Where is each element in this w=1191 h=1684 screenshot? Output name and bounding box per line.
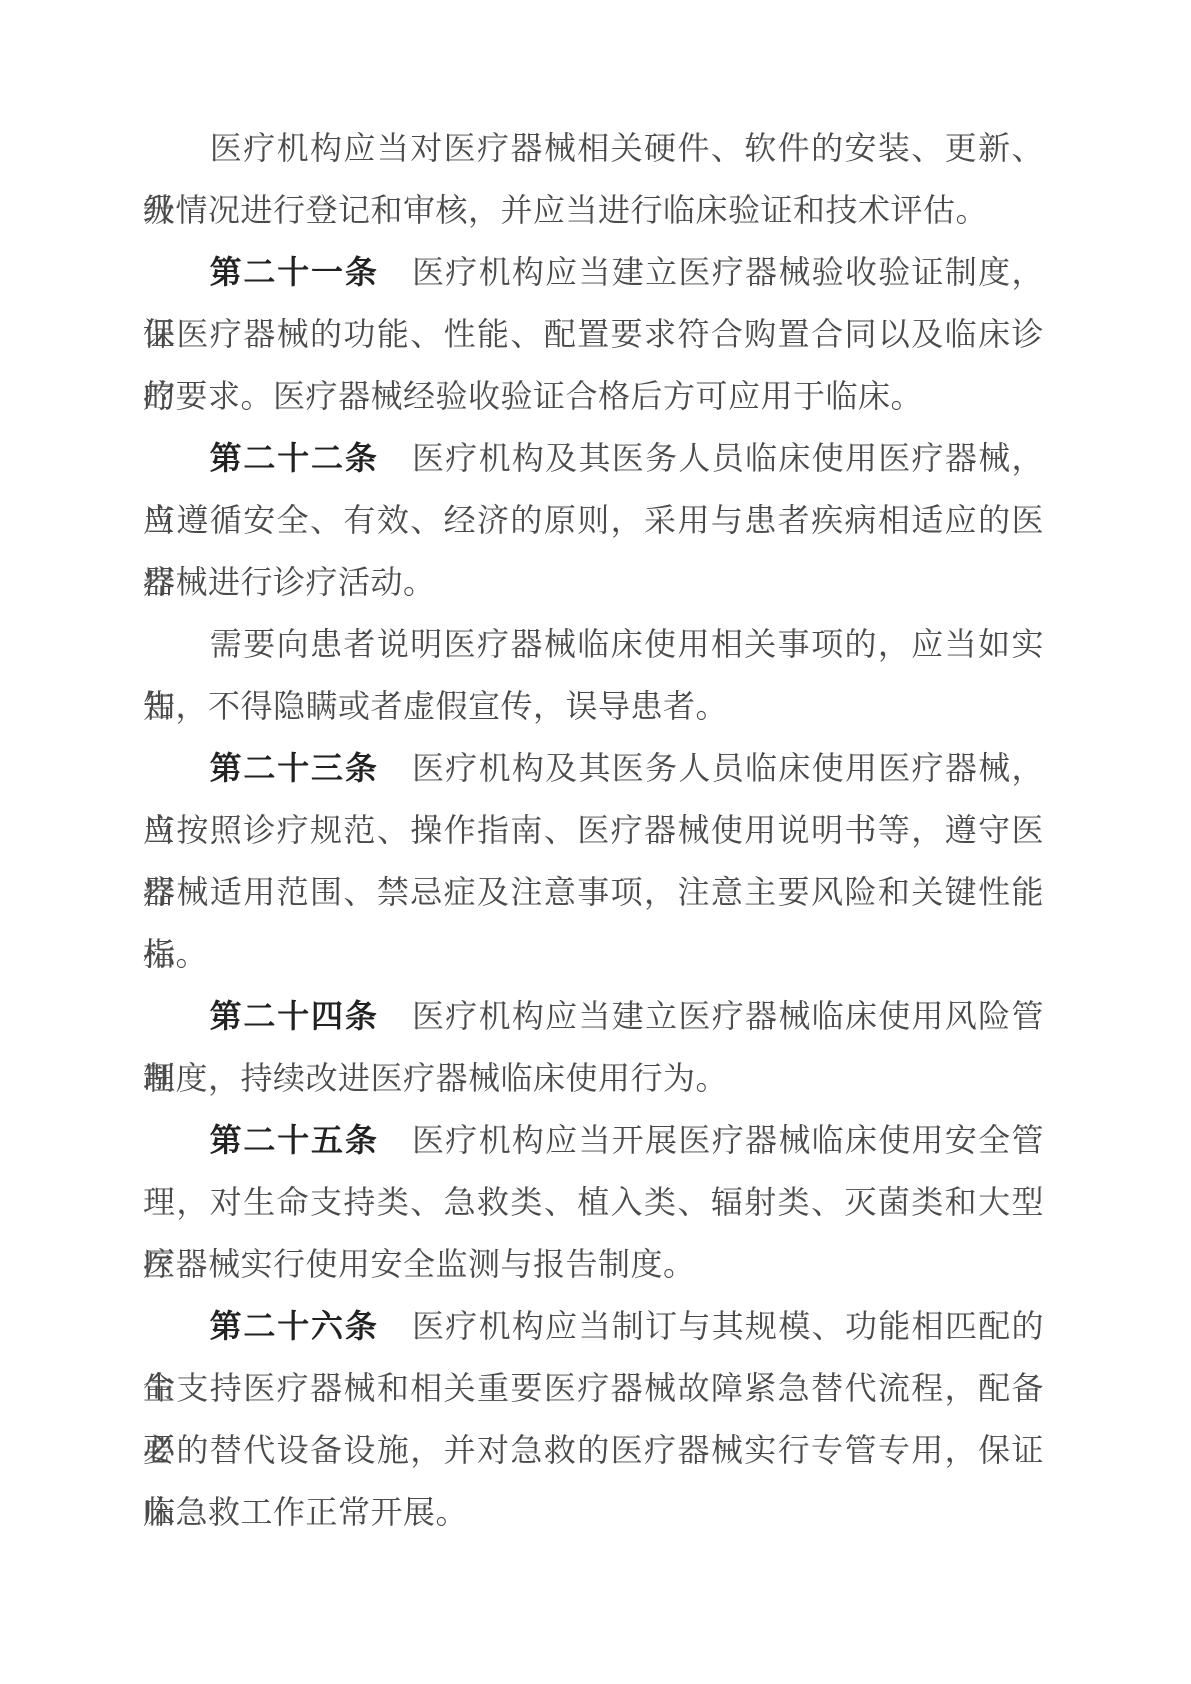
document-body: 医疗机构应当对医疗器械相关硬件、软件的安装、更新、升级情况进行登记和审核，并应当… (143, 117, 1044, 1543)
text-line: 证医疗器械的功能、性能、配置要求符合购置合同以及临床诊疗 (143, 303, 1044, 365)
text-segment: 疗器械实行使用安全监测与报告制度。 (143, 1246, 696, 1282)
text-segment (143, 1308, 210, 1344)
text-line: 第二十一条 医疗机构应当建立医疗器械验收验证制度，保 (143, 241, 1044, 303)
text-line: 需要向患者说明医疗器械临床使用相关事项的，应当如实告 (143, 613, 1044, 675)
article-number: 第二十四条 (210, 998, 379, 1034)
text-line: 制度，持续改进医疗器械临床使用行为。 (143, 1047, 1044, 1109)
paragraph: 医疗机构应当对医疗器械相关硬件、软件的安装、更新、升级情况进行登记和审核，并应当… (143, 117, 1044, 241)
text-segment (143, 254, 210, 290)
text-line: 第二十六条 医疗机构应当制订与其规模、功能相匹配的生 (143, 1295, 1044, 1357)
text-line: 器械适用范围、禁忌症及注意事项，注意主要风险和关键性能指 (143, 861, 1044, 923)
text-line: 第二十五条 医疗机构应当开展医疗器械临床使用安全管 (143, 1109, 1044, 1171)
text-segment (143, 750, 210, 786)
text-segment: 器械进行诊疗活动。 (143, 564, 436, 600)
text-line: 的要求。医疗器械经验收验证合格后方可应用于临床。 (143, 365, 1044, 427)
text-line: 第二十四条 医疗机构应当建立医疗器械临床使用风险管理 (143, 985, 1044, 1047)
paragraph: 第二十四条 医疗机构应当建立医疗器械临床使用风险管理制度，持续改进医疗器械临床使… (143, 985, 1044, 1109)
article-number: 第二十五条 (210, 1122, 379, 1158)
document-page: 医疗机构应当对医疗器械相关硬件、软件的安装、更新、升级情况进行登记和审核，并应当… (0, 0, 1191, 1684)
text-line: 床急救工作正常开展。 (143, 1481, 1044, 1543)
text-segment: 知，不得隐瞒或者虚假宣传，误导患者。 (143, 688, 728, 724)
article-number: 第二十三条 (210, 750, 379, 786)
text-line: 命支持医疗器械和相关重要医疗器械故障紧急替代流程，配备必 (143, 1357, 1044, 1419)
text-line: 疗器械实行使用安全监测与报告制度。 (143, 1233, 1044, 1295)
text-segment: 级情况进行登记和审核，并应当进行临床验证和技术评估。 (143, 192, 988, 228)
paragraph: 需要向患者说明医疗器械临床使用相关事项的，应当如实告知，不得隐瞒或者虚假宣传，误… (143, 613, 1044, 737)
text-segment: 医疗机构应当开展医疗器械临床使用安全管 (379, 1122, 1044, 1158)
text-segment: 床急救工作正常开展。 (143, 1494, 468, 1530)
text-segment (143, 440, 210, 476)
text-line: 当遵循安全、有效、经济的原则，采用与患者疾病相适应的医疗 (143, 489, 1044, 551)
text-line: 当按照诊疗规范、操作指南、医疗器械使用说明书等，遵守医疗 (143, 799, 1044, 861)
text-line: 要的替代设备设施，并对急救的医疗器械实行专管专用，保证临 (143, 1419, 1044, 1481)
paragraph: 第二十二条 医疗机构及其医务人员临床使用医疗器械，应当遵循安全、有效、经济的原则… (143, 427, 1044, 613)
text-segment (143, 1122, 210, 1158)
text-line: 理，对生命支持类、急救类、植入类、辐射类、灭菌类和大型医 (143, 1171, 1044, 1233)
paragraph: 第二十一条 医疗机构应当建立医疗器械验收验证制度，保证医疗器械的功能、性能、配置… (143, 241, 1044, 427)
text-line: 知，不得隐瞒或者虚假宣传，误导患者。 (143, 675, 1044, 737)
text-line: 级情况进行登记和审核，并应当进行临床验证和技术评估。 (143, 179, 1044, 241)
text-segment (143, 998, 210, 1034)
text-line: 第二十三条 医疗机构及其医务人员临床使用医疗器械，应 (143, 737, 1044, 799)
paragraph: 第二十三条 医疗机构及其医务人员临床使用医疗器械，应当按照诊疗规范、操作指南、医… (143, 737, 1044, 985)
text-segment: 标。 (143, 936, 208, 972)
article-number: 第二十六条 (210, 1308, 379, 1344)
article-number: 第二十一条 (210, 254, 379, 290)
text-line: 标。 (143, 923, 1044, 985)
paragraph: 第二十六条 医疗机构应当制订与其规模、功能相匹配的生命支持医疗器械和相关重要医疗… (143, 1295, 1044, 1543)
paragraph: 第二十五条 医疗机构应当开展医疗器械临床使用安全管理，对生命支持类、急救类、植入… (143, 1109, 1044, 1295)
article-number: 第二十二条 (210, 440, 379, 476)
text-segment: 的要求。医疗器械经验收验证合格后方可应用于临床。 (143, 378, 923, 414)
text-line: 器械进行诊疗活动。 (143, 551, 1044, 613)
text-segment: 制度，持续改进医疗器械临床使用行为。 (143, 1060, 728, 1096)
text-line: 第二十二条 医疗机构及其医务人员临床使用医疗器械，应 (143, 427, 1044, 489)
text-line: 医疗机构应当对医疗器械相关硬件、软件的安装、更新、升 (143, 117, 1044, 179)
